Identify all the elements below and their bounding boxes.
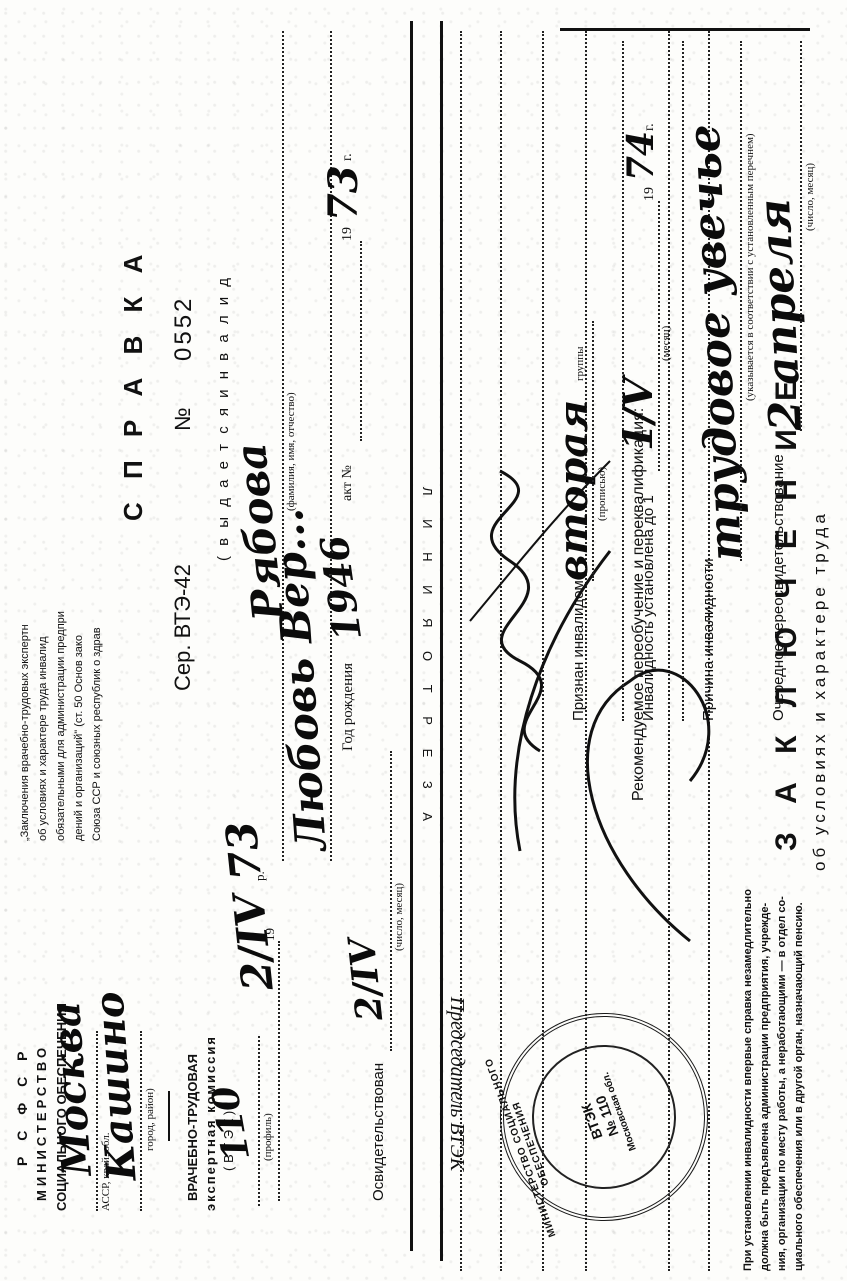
- recognized-label: Признан инвалидом: [570, 580, 587, 721]
- handwritten-valid-year: 74: [620, 131, 662, 181]
- group-line: [592, 321, 594, 581]
- next-exam-hint: (число, месяц): [804, 163, 816, 231]
- spravka-right-border: [560, 28, 810, 31]
- next-exam-line: [800, 41, 802, 431]
- handwritten-group: вторая: [550, 400, 597, 581]
- written-label: (прописью): [596, 467, 608, 521]
- handwritten-next-exam: 2 апреля: [749, 197, 812, 432]
- cause-line: [740, 41, 742, 561]
- cut-line-label: Л И Н И Я О Т Р Е З А: [420, 487, 435, 831]
- spravka-lower-fields-rotated: Признан инвалидом вторая (прописью) груп…: [560, 0, 847, 1281]
- chairman-label: Председатель ВТЭК: [445, 997, 468, 1171]
- month-label: (месяц): [660, 326, 672, 361]
- spravka-continuation: [0, 0, 420, 1281]
- year-19-label: 19: [642, 187, 658, 201]
- year-suffix: г.: [642, 123, 658, 131]
- next-exam-label: Очередное переосвидетельствование: [770, 454, 787, 721]
- spravka-bottom-border: [410, 21, 413, 1251]
- group-label: группы: [574, 346, 586, 381]
- handwritten-valid-until: 1/V: [615, 378, 662, 451]
- valid-until-label: Инвалидность установлена до 1: [640, 495, 657, 721]
- cause-label: Причина инвалидности: [700, 558, 717, 721]
- spravka-lower-fields: Признан инвалидом вторая (прописью) груп…: [560, 0, 847, 1281]
